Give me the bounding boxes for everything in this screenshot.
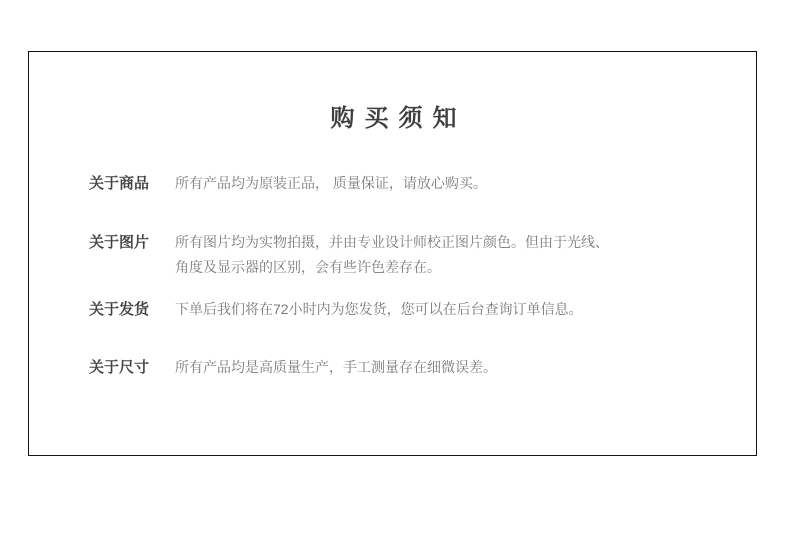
row-text-shipping: 下单后我们将在72小时内为您发货，您可以在后台查询订单信息。: [175, 297, 583, 322]
notice-row-images: 关于图片 所有图片均为实物拍摄，并由专业设计师校正图片颜色。但由于光线、 角度及…: [89, 230, 726, 280]
row-label-product: 关于商品: [89, 171, 175, 196]
row-text-line: 所有图片均为实物拍摄，并由专业设计师校正图片颜色。但由于光线、: [175, 230, 609, 255]
row-text-images: 所有图片均为实物拍摄，并由专业设计师校正图片颜色。但由于光线、 角度及显示器的区…: [175, 230, 609, 280]
row-label-shipping: 关于发货: [89, 297, 175, 322]
page-title: 购买须知: [29, 105, 756, 133]
row-label-size: 关于尺寸: [89, 355, 175, 380]
purchase-notice-panel: 购买须知 关于商品 所有产品均为原装正品， 质量保证，请放心购买。 关于图片 所…: [28, 51, 757, 456]
row-label-images: 关于图片: [89, 230, 175, 255]
row-text-product: 所有产品均为原装正品， 质量保证，请放心购买。: [175, 171, 487, 196]
row-text-size: 所有产品均是高质量生产，手工测量存在细微误差。: [175, 355, 497, 380]
notice-row-shipping: 关于发货 下单后我们将在72小时内为您发货，您可以在后台查询订单信息。: [89, 297, 726, 322]
row-text-line: 所有产品均是高质量生产，手工测量存在细微误差。: [175, 355, 497, 380]
notice-row-product: 关于商品 所有产品均为原装正品， 质量保证，请放心购买。: [89, 171, 726, 196]
notice-row-size: 关于尺寸 所有产品均是高质量生产，手工测量存在细微误差。: [89, 355, 726, 380]
row-text-line: 角度及显示器的区别，会有些许色差存在。: [175, 255, 609, 280]
row-text-line: 所有产品均为原装正品， 质量保证，请放心购买。: [175, 171, 487, 196]
row-text-line: 下单后我们将在72小时内为您发货，您可以在后台查询订单信息。: [175, 297, 583, 322]
notice-rows: 关于商品 所有产品均为原装正品， 质量保证，请放心购买。 关于图片 所有图片均为…: [29, 171, 756, 380]
